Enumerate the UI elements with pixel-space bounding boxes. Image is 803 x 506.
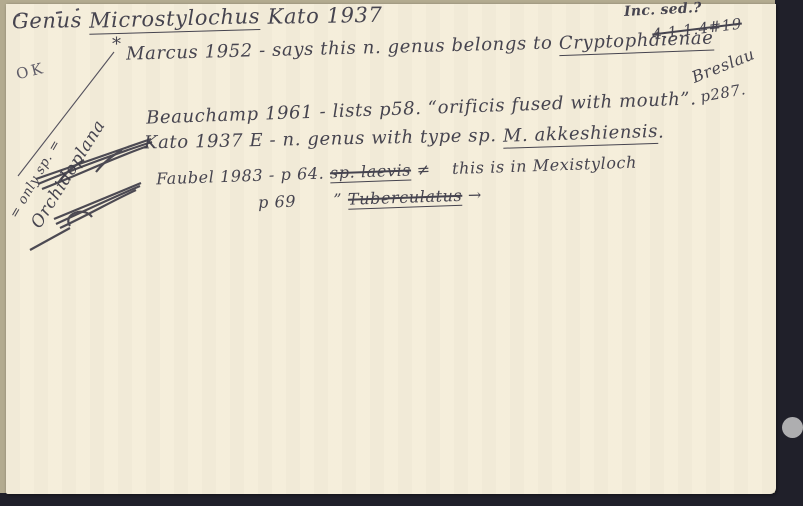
not-equal-mark: ≠ (416, 160, 431, 179)
asterisk-annotation: * (112, 34, 122, 55)
type-species-name: M. akkeshiensis (503, 121, 659, 149)
genus-label: Genus (12, 8, 82, 33)
scanner-background-bottom (0, 493, 803, 506)
faubel-page-2: p 69 (258, 192, 297, 212)
ditto-mark: ” (333, 190, 342, 209)
scanned-index-card-screenshot: Genus Microstylochus Kato 1937 * Inc. se… (0, 0, 803, 506)
struck-word-tuberculatus: Tuberculatus (348, 186, 463, 210)
index-card (6, 4, 776, 494)
struck-species-name: sp. laevis (330, 160, 412, 183)
arrow-annotation-icon: → (468, 185, 483, 204)
punch-hole (782, 417, 803, 438)
marcus-taxon: Cryptophdienae (558, 28, 713, 57)
genus-name: Microstylochus (89, 4, 261, 35)
genus-author-year: Kato 1937 (267, 3, 382, 29)
kato-line-period: . (658, 122, 665, 143)
